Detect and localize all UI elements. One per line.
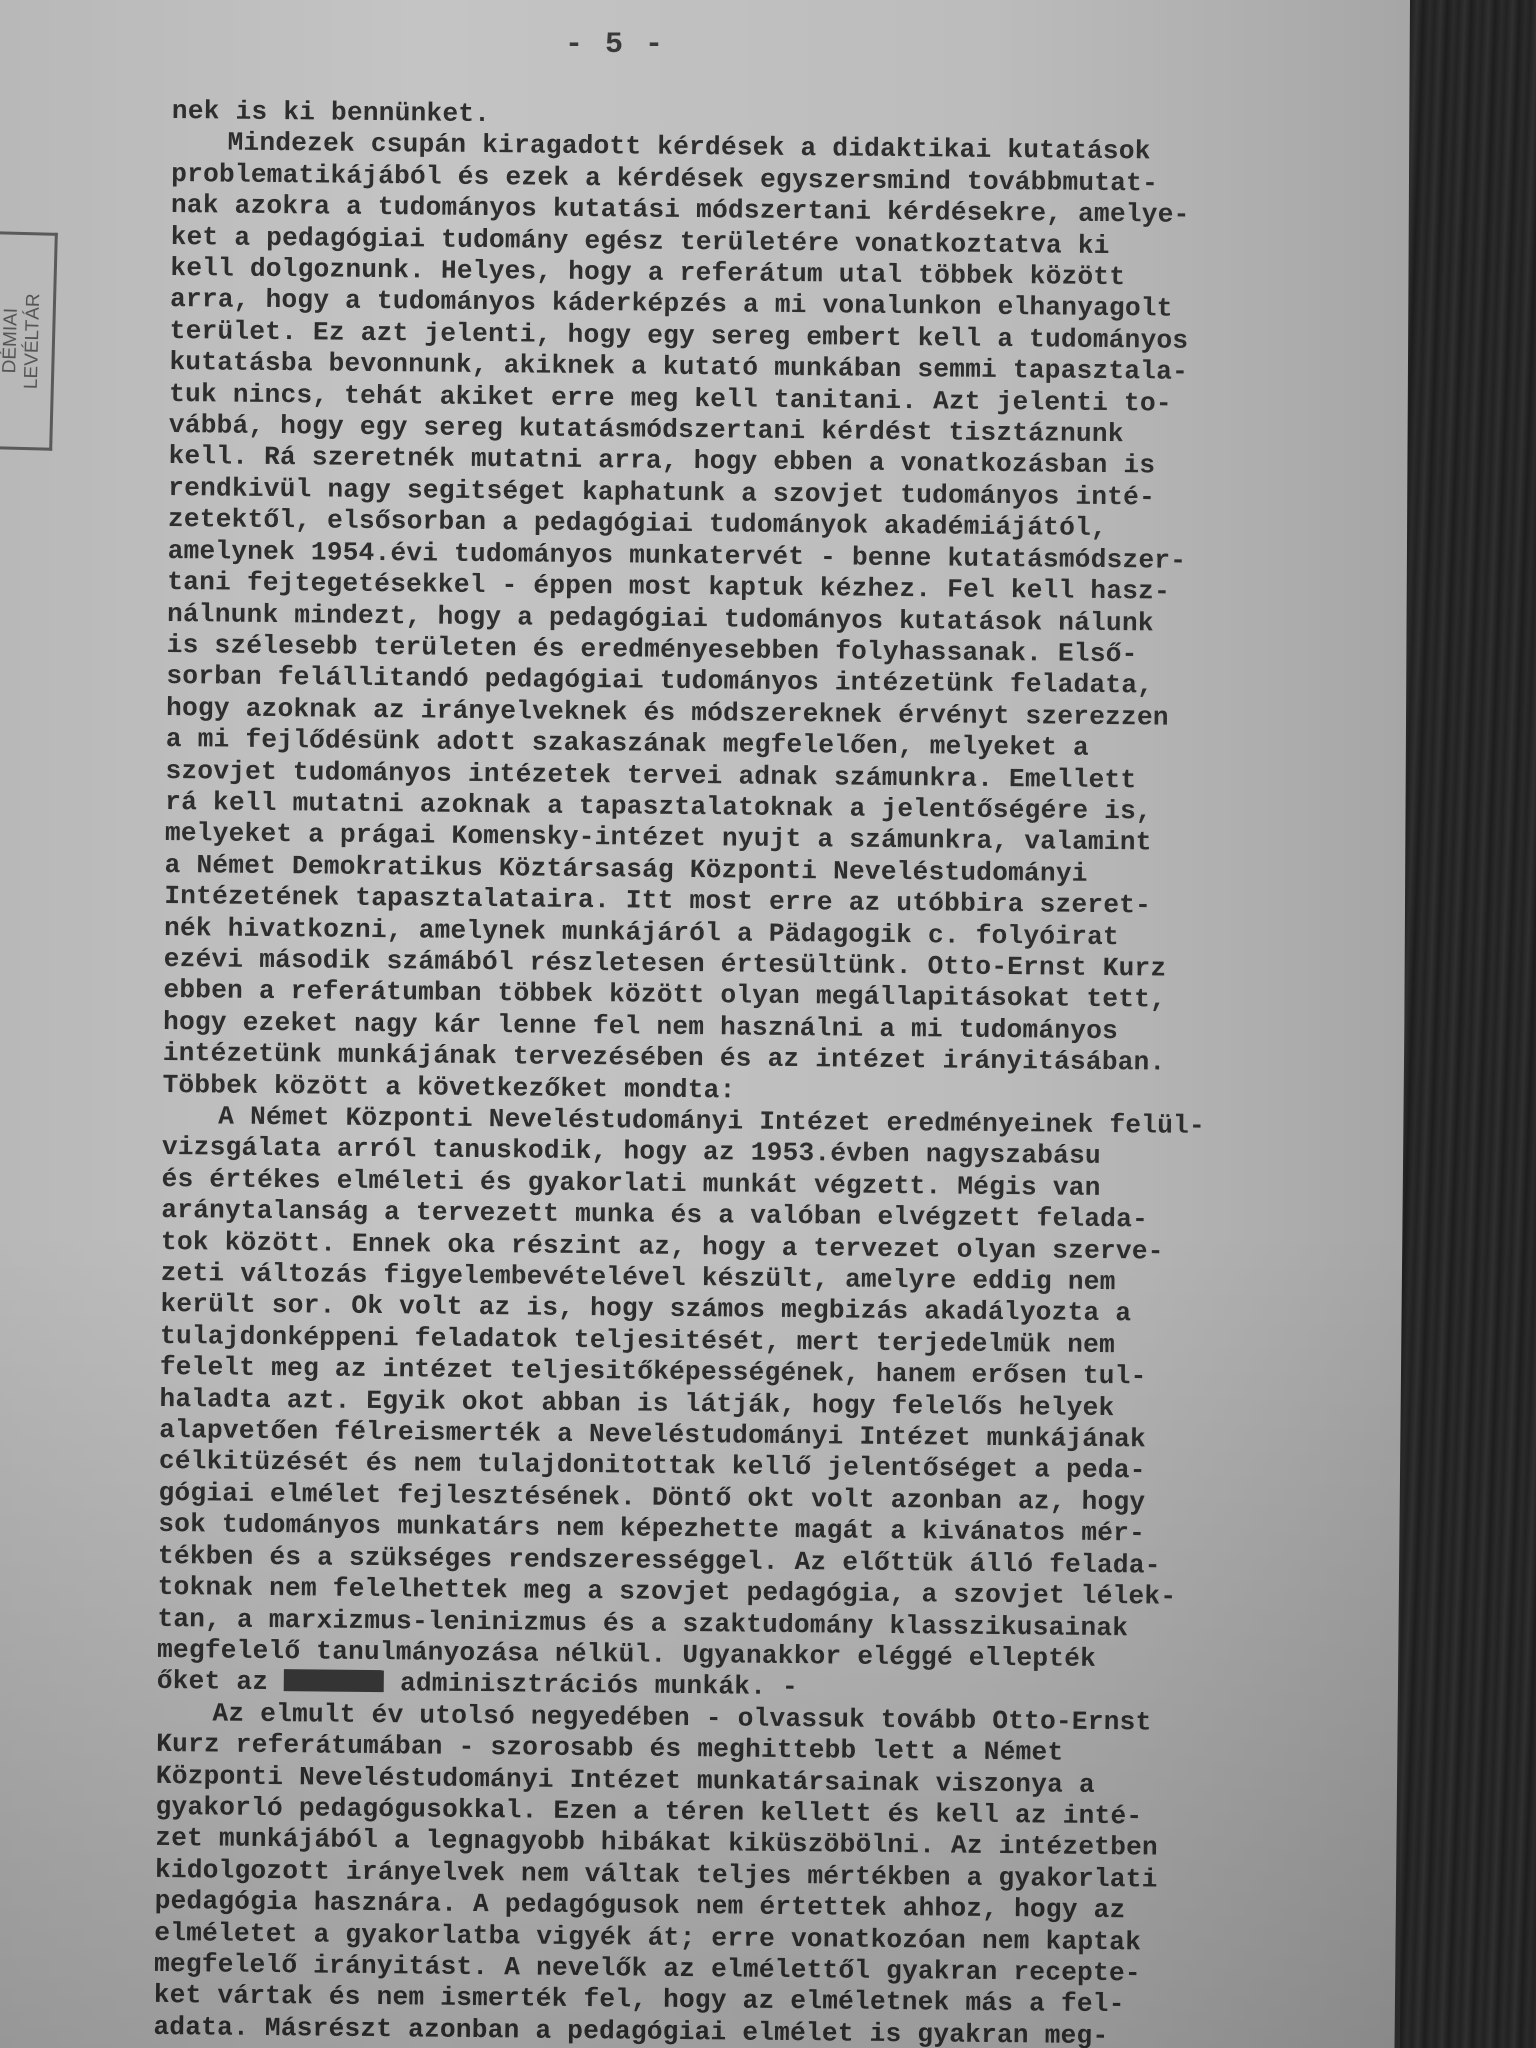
archive-stamp: DÉMIAI LEVÉLTÁR xyxy=(0,231,58,451)
typewritten-page: - 5 - DÉMIAI LEVÉLTÁR nek is ki bennünke… xyxy=(0,0,1410,2048)
stamp-line-2: LEVÉLTÁR xyxy=(19,235,47,448)
page-number: - 5 - xyxy=(565,28,665,62)
document-body: nek is ki bennünket.Mindezek csupán kira… xyxy=(153,96,1412,2048)
struck-out-word xyxy=(284,1669,384,1692)
wooden-surface-background xyxy=(1400,0,1536,2048)
archive-stamp-text: DÉMIAI LEVÉLTÁR xyxy=(0,234,61,448)
